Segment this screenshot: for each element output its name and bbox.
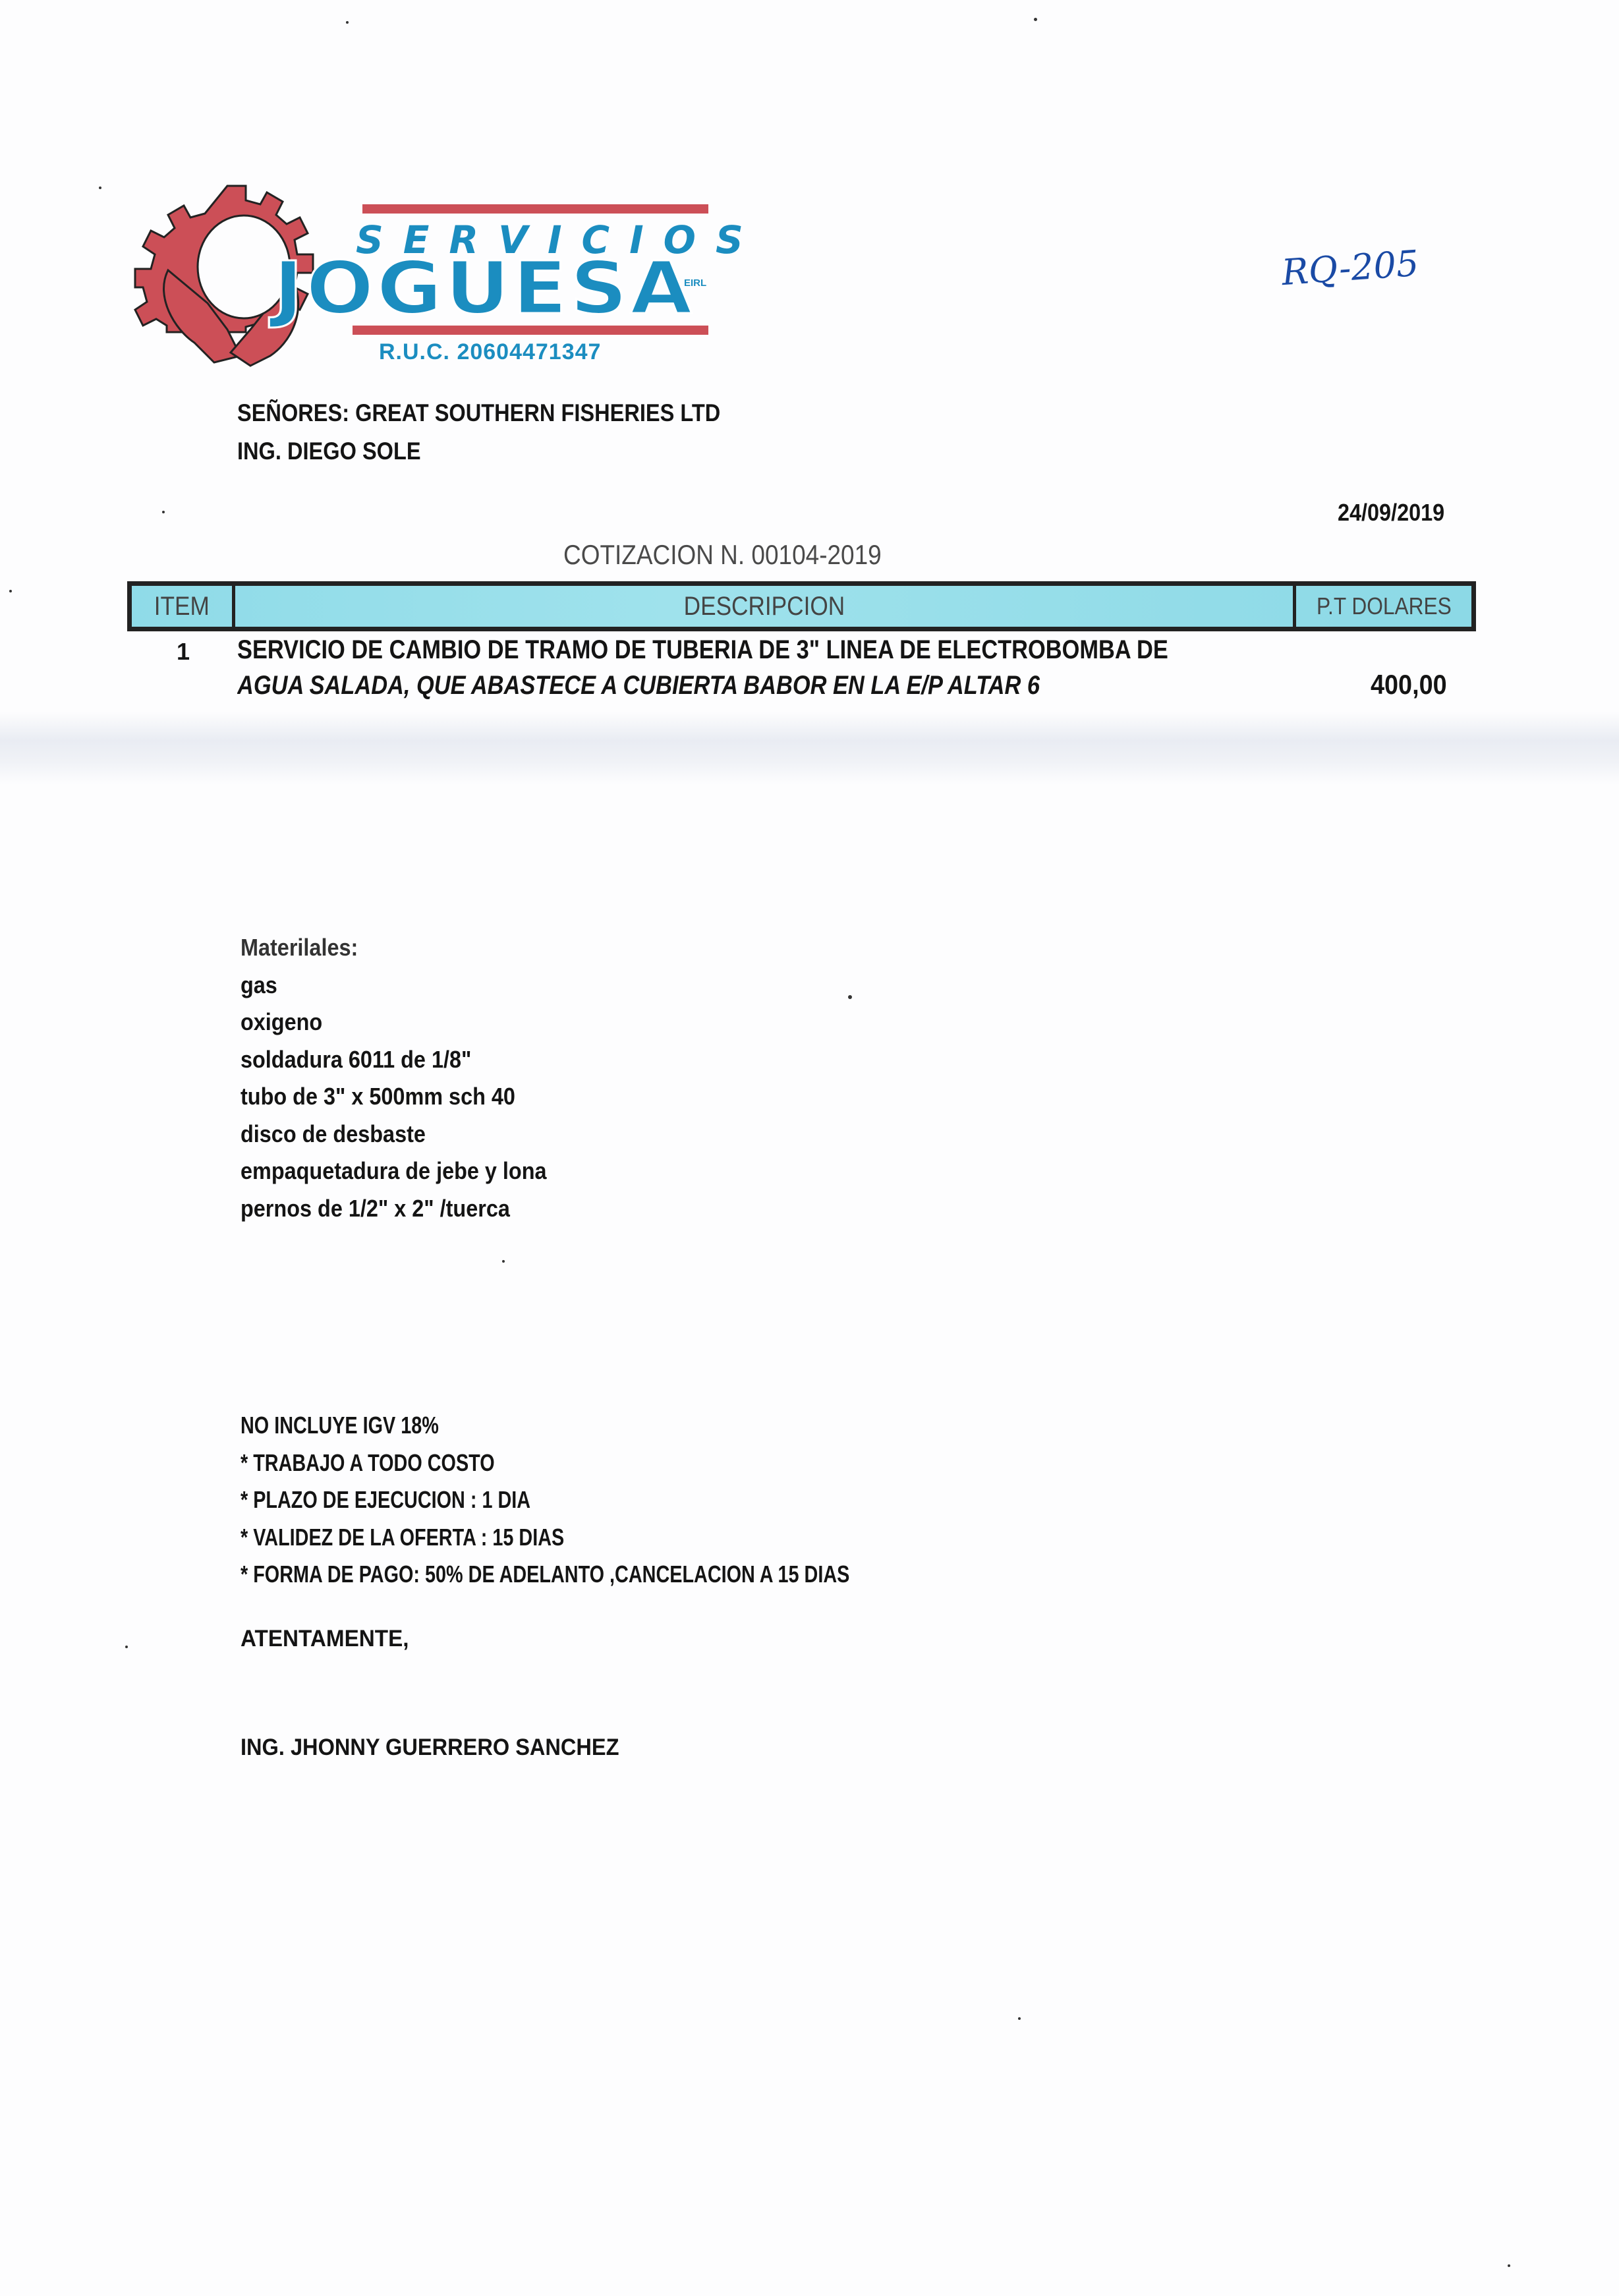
signer-name: ING. JHONNY GUERRERO SANCHEZ [241, 1735, 619, 1761]
row-price-wrapper: 400,00 [1371, 669, 1483, 701]
items-table-header: ITEM DESCRIPCION P.T DOLARES [127, 581, 1476, 631]
addressee-block: SEÑORES: GREAT SOUTHERN FISHERIES LTD IN… [237, 394, 786, 471]
material-item: oxigeno [241, 1004, 547, 1041]
addressee-company: SEÑORES: GREAT SOUTHERN FISHERIES LTD [237, 394, 720, 432]
quote-date: 24/09/2019 [1338, 499, 1444, 527]
condition-payment: * FORMA DE PAGO: 50% DE ADELANTO ,CANCEL… [241, 1556, 849, 1593]
scan-artifact-band [0, 712, 1619, 784]
header-price: P.T DOLARES [1296, 586, 1471, 627]
material-item: disco de desbaste [241, 1116, 547, 1153]
scan-speck [162, 511, 165, 513]
handwritten-reference: RQ-205 [1280, 243, 1420, 293]
closing-salutation: ATENTAMENTE, [241, 1626, 409, 1652]
logo-eirl: EIRL [684, 277, 695, 289]
scan-speck [502, 1260, 505, 1263]
material-item: empaquetadura de jebe y lona [241, 1153, 547, 1190]
condition-tax: NO INCLUYE IGV 18% [241, 1407, 849, 1445]
material-item: gas [241, 967, 547, 1004]
scan-speck [346, 21, 349, 24]
material-item: tubo de 3" x 500mm sch 40 [241, 1078, 547, 1116]
header-item: ITEM [132, 586, 235, 627]
company-ruc: R.U.C. 20604471347 [379, 339, 601, 365]
material-item: soldadura 6011 de 1/8" [241, 1041, 547, 1079]
row-description-line2: AGUA SALADA, QUE ABASTECE A CUBIERTA BAB… [237, 671, 1031, 700]
logo-stripe-bottom [353, 326, 708, 335]
scan-speck [848, 995, 852, 999]
condition-duration: * PLAZO DE EJECUCION : 1 DIA [241, 1481, 849, 1519]
logo-stripe-top [362, 204, 708, 214]
row-description-line2-wrapper: AGUA SALADA, QUE ABASTECE A CUBIERTA BAB… [237, 671, 1160, 700]
addressee-contact: ING. DIEGO SOLE [237, 432, 720, 471]
materials-title: Materilales: [241, 929, 547, 967]
conditions-list: NO INCLUYE IGV 18% * TRABAJO A TODO COST… [241, 1407, 1002, 1593]
row-price: 400,00 [1371, 669, 1471, 701]
material-item: pernos de 1/2" x 2" /tuerca [241, 1190, 547, 1228]
company-logo: SERVICIOS JOGUESA EIRL R.U.C. 2060447134… [128, 178, 722, 369]
scan-speck [99, 187, 101, 189]
row-item-number: 1 [177, 638, 190, 666]
logo-name: JOGUESA [273, 252, 695, 324]
row-description-line1: SERVICIO DE CAMBIO DE TRAMO DE TUBERIA D… [237, 635, 1168, 665]
scan-speck [1508, 2264, 1510, 2267]
condition-scope: * TRABAJO A TODO COSTO [241, 1445, 849, 1482]
scan-speck [1034, 18, 1037, 21]
scan-speck [125, 1646, 128, 1648]
quote-title: COTIZACION N. 00104-2019 [563, 539, 882, 571]
header-description: DESCRIPCION [235, 586, 1296, 627]
scan-speck [9, 590, 12, 592]
condition-validity: * VALIDEZ DE LA OFERTA : 15 DIAS [241, 1519, 849, 1557]
scan-speck [1018, 2017, 1021, 2020]
materials-list: Materilales: gas oxigeno soldadura 6011 … [241, 929, 581, 1227]
